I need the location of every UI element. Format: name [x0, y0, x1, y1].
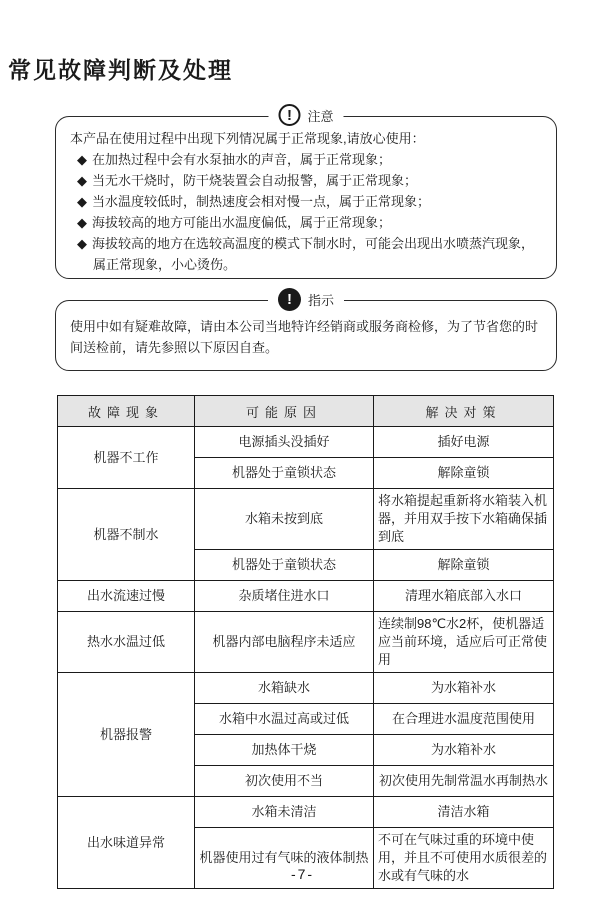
notice-item: ◆在加热过程中会有水泵抽水的声音，属于正常现象； — [70, 149, 544, 170]
phenomenon-cell: 机器不制水 — [58, 489, 195, 581]
diamond-bullet-icon: ◆ — [77, 236, 87, 251]
solution-cell: 为水箱补水 — [374, 673, 554, 704]
cause-cell: 机器处于童锁状态 — [195, 458, 374, 489]
notice-item-text: 当水温度较低时，制热速度会相对慢一点，属于正常现象； — [92, 194, 430, 209]
notice-item: ◆当无水干烧时，防干烧装置会自动报警，属于正常现象； — [70, 170, 544, 191]
table-header-row: 故障现象 可能原因 解决对策 — [58, 396, 554, 427]
instruction-label-text: 指示 — [308, 290, 334, 309]
diamond-bullet-icon: ◆ — [77, 215, 87, 230]
cause-cell: 水箱未按到底 — [195, 489, 374, 550]
cause-cell: 水箱中水温过高或过低 — [195, 704, 374, 735]
cause-cell: 水箱未清洁 — [195, 797, 374, 828]
cause-cell: 机器内部电脑程序未适应 — [195, 612, 374, 673]
cause-cell: 杂质堵住进水口 — [195, 581, 374, 612]
solution-cell: 解除童锁 — [374, 550, 554, 581]
solution-cell: 为水箱补水 — [374, 735, 554, 766]
table-row: 机器不工作 电源插头没插好 插好电源 — [58, 427, 554, 458]
notice-label-text: 注意 — [307, 106, 333, 125]
notice-label: ! 注意 — [268, 104, 343, 126]
instruction-label: ! 指示 — [268, 288, 344, 311]
solution-cell: 连续制98℃水2杯，使机器适应当前环境，适应后可正常使用 — [374, 612, 554, 673]
instruction-box: ! 指示 使用中如有疑难故障，请由本公司当地特许经销商或服务商检修，为了节省您的… — [55, 300, 557, 371]
notice-item-text: 海拔较高的地方可能出水温度偏低，属于正常现象； — [92, 215, 391, 230]
phenomenon-cell: 机器不工作 — [58, 427, 195, 489]
solution-cell: 清洁水箱 — [374, 797, 554, 828]
instruction-text: 使用中如有疑难故障，请由本公司当地特许经销商或服务商检修，为了节省您的时间送检前… — [70, 316, 544, 358]
header-solution: 解决对策 — [374, 396, 554, 427]
diamond-bullet-icon: ◆ — [77, 152, 87, 167]
page-title: 常见故障判断及处理 — [8, 52, 233, 85]
table-row: 机器报警 水箱缺水 为水箱补水 — [58, 673, 554, 704]
table-row: 出水流速过慢 杂质堵住进水口 清理水箱底部入水口 — [58, 581, 554, 612]
table-row: 热水水温过低 机器内部电脑程序未适应 连续制98℃水2杯，使机器适应当前环境，适… — [58, 612, 554, 673]
cause-cell: 机器处于童锁状态 — [195, 550, 374, 581]
phenomenon-cell: 出水流速过慢 — [58, 581, 195, 612]
cause-cell: 初次使用不当 — [195, 766, 374, 797]
instruction-exclamation-icon: ! — [278, 288, 301, 311]
solution-cell: 解除童锁 — [374, 458, 554, 489]
attention-exclamation-icon: ! — [278, 104, 300, 126]
diamond-bullet-icon: ◆ — [77, 194, 87, 209]
solution-cell: 初次使用先制常温水再制热水 — [374, 766, 554, 797]
phenomenon-cell: 热水水温过低 — [58, 612, 195, 673]
solution-cell: 清理水箱底部入水口 — [374, 581, 554, 612]
troubleshooting-table: 故障现象 可能原因 解决对策 机器不工作 电源插头没插好 插好电源 机器处于童锁… — [57, 395, 554, 889]
notice-item: ◆海拔较高的地方可能出水温度偏低，属于正常现象； — [70, 212, 544, 233]
solution-cell: 将水箱提起重新将水箱装入机器，并用双手按下水箱确保插到底 — [374, 489, 554, 550]
table-row: 机器不制水 水箱未按到底 将水箱提起重新将水箱装入机器，并用双手按下水箱确保插到… — [58, 489, 554, 550]
notice-item: ◆海拔较高的地方在选较高温度的模式下制水时，可能会出现出水喷蒸汽现象，属正常现象… — [70, 233, 544, 275]
notice-item-text: 在加热过程中会有水泵抽水的声音，属于正常现象； — [92, 152, 391, 167]
cause-cell: 水箱缺水 — [195, 673, 374, 704]
notice-item-text: 当无水干烧时，防干烧装置会自动报警，属于正常现象； — [92, 173, 417, 188]
notice-intro: 本产品在使用过程中出现下列情况属于正常现象,请放心使用： — [70, 128, 544, 149]
solution-cell: 插好电源 — [374, 427, 554, 458]
header-possible-cause: 可能原因 — [195, 396, 374, 427]
notice-item: ◆当水温度较低时，制热速度会相对慢一点，属于正常现象； — [70, 191, 544, 212]
cause-cell: 加热体干烧 — [195, 735, 374, 766]
notice-item-text: 海拔较高的地方在选较高温度的模式下制水时，可能会出现出水喷蒸汽现象，属正常现象，… — [92, 236, 534, 272]
solution-cell: 在合理进水温度范围使用 — [374, 704, 554, 735]
cause-cell: 电源插头没插好 — [195, 427, 374, 458]
page-number: -7- — [0, 866, 605, 882]
phenomenon-cell: 机器报警 — [58, 673, 195, 797]
header-fault-phenomenon: 故障现象 — [58, 396, 195, 427]
notice-box: ! 注意 本产品在使用过程中出现下列情况属于正常现象,请放心使用： ◆在加热过程… — [55, 116, 557, 279]
diamond-bullet-icon: ◆ — [77, 173, 87, 188]
table-row: 出水味道异常 水箱未清洁 清洁水箱 — [58, 797, 554, 828]
